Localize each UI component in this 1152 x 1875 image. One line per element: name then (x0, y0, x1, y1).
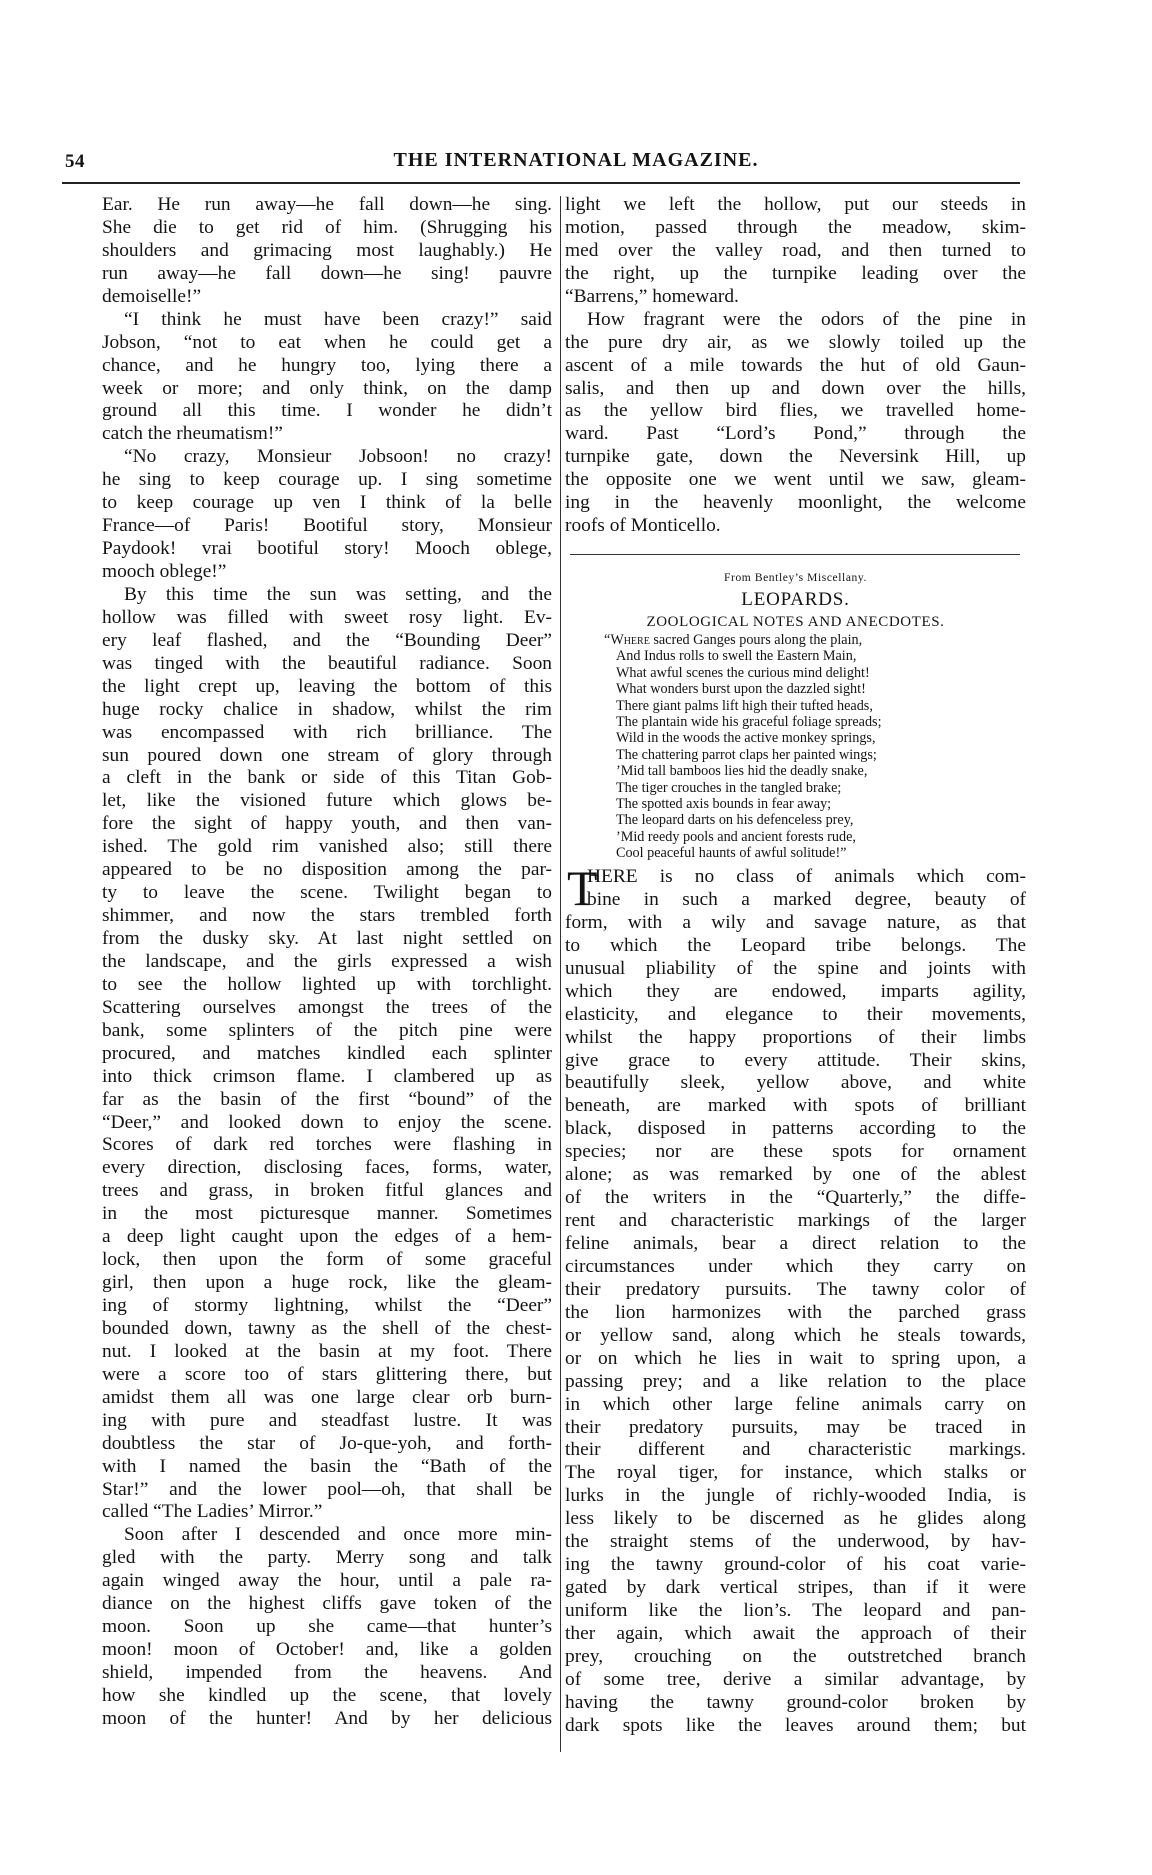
text-line: to keep courage up ven I think of la bel… (102, 492, 552, 515)
article-text-line: the lion harmonizes with the parched gra… (565, 1302, 1026, 1325)
article-text-line: unusual pliability of the spine and join… (565, 958, 1026, 981)
text-line: Scores of dark red torches were flashing… (102, 1134, 552, 1157)
article-text-line: passing prey; and a like relation to the… (565, 1371, 1026, 1394)
text-line: how she kindled up the scene, that lovel… (102, 1685, 552, 1708)
article-text-line: species; nor are these spots for ornamen… (565, 1141, 1026, 1164)
text-line: bank, some splinters of the pitch pine w… (102, 1020, 552, 1043)
article-text-line: alone; as was remarked by one of the abl… (565, 1164, 1026, 1187)
text-line: fore the sight of happy youth, and then … (102, 813, 552, 836)
text-line: run away—he fall down—he sing! pauvre (102, 263, 552, 286)
poem-line: ’Mid reedy pools and ancient forests rud… (604, 829, 882, 845)
text-line: shimmer, and now the stars trembled fort… (102, 905, 552, 928)
text-line: ground all this time. I wonder he didn’t (102, 400, 552, 423)
article-text-line: less likely to be discerned as he glides… (565, 1508, 1026, 1531)
text-line: to see the hollow lighted up with torchl… (102, 974, 552, 997)
article-text-line: form, with a wily and savage nature, as … (565, 912, 1026, 935)
text-line: How fragrant were the odors of the pine … (565, 309, 1026, 332)
text-line: “Barrens,” homeward. (565, 286, 1026, 309)
section-rule (570, 554, 1020, 555)
article-text-line: HERE is no class of animals which com- (565, 866, 1026, 889)
article-text-line: which they are endowed, imparts agility, (565, 981, 1026, 1004)
article-title: LEOPARDS. (565, 589, 1026, 611)
poem-line: And Indus rolls to swell the Eastern Mai… (604, 648, 882, 664)
text-line: salis, and then up and down over the hil… (565, 378, 1026, 401)
text-line: bounded down, tawny as the shell of the … (102, 1318, 552, 1341)
text-line: hollow was filled with sweet rosy light.… (102, 607, 552, 630)
text-line: huge rocky chalice in shadow, whilst the… (102, 699, 552, 722)
article-text-line: bine in such a marked degree, beauty of (565, 889, 1026, 912)
text-line: roofs of Monticello. (565, 515, 1026, 538)
text-line: appeared to be no disposition among the … (102, 859, 552, 882)
text-line: diance on the highest cliffs gave token … (102, 1593, 552, 1616)
text-line: he sing to keep courage up. I sing somet… (102, 469, 552, 492)
article-text-line: beneath, are marked with spots of brilli… (565, 1095, 1026, 1118)
article-text-line: circumstances under which they carry on (565, 1256, 1026, 1279)
text-line: ery leaf flashed, and the “Bounding Deer… (102, 630, 552, 653)
text-line: sun poured down one stream of glory thro… (102, 745, 552, 768)
running-title: THE INTERNATIONAL MAGAZINE. (0, 149, 1152, 172)
poem-line: The leopard darts on his defenceless pre… (604, 812, 882, 828)
article-text-line: feline animals, bear a direct relation t… (565, 1233, 1026, 1256)
article-text-line: or yellow sand, along which he steals to… (565, 1325, 1026, 1348)
text-line: light we left the hollow, put our steeds… (565, 194, 1026, 217)
article-text-line: of some tree, derive a similar advantage… (565, 1669, 1026, 1692)
text-line: mooch oblege!” (102, 561, 552, 584)
article-text-line: their predatory pursuits. The tawny colo… (565, 1279, 1026, 1302)
text-line: Scattering ourselves amongst the trees o… (102, 997, 552, 1020)
text-line: France—of Paris! Bootiful story, Monsieu… (102, 515, 552, 538)
text-line: “No crazy, Monsieur Jobsoon! no crazy! (102, 446, 552, 469)
text-line: was tinged with the beautiful radiance. … (102, 653, 552, 676)
text-line: moon. Soon up she came—that hunter’s (102, 1616, 552, 1639)
article-body: HERE is no class of animals which com-bi… (565, 866, 1026, 1738)
text-line: Jobson, “not to eat when he could get a (102, 332, 552, 355)
article-text-line: dark spots like the leaves around them; … (565, 1715, 1026, 1738)
text-line: procured, and matches kindled each splin… (102, 1043, 552, 1066)
poem-line: Cool peaceful haunts of awful solitude!” (604, 845, 882, 861)
article-text-line: of the writers in the “Quarterly,” the d… (565, 1187, 1026, 1210)
article-text-line: black, disposed in patterns according to… (565, 1118, 1026, 1141)
text-line: demoiselle!” (102, 286, 552, 309)
text-line: as the yellow bird flies, we travelled h… (565, 400, 1026, 423)
text-line: gled with the party. Merry song and talk (102, 1547, 552, 1570)
text-line: girl, then upon a huge rock, like the gl… (102, 1272, 552, 1295)
poem-line: The tiger crouches in the tangled brake; (604, 780, 882, 796)
text-line: Paydook! vrai bootiful story! Mooch oble… (102, 538, 552, 561)
article-text-line: prey, crouching on the outstretched bran… (565, 1646, 1026, 1669)
text-line: shoulders and grimacing most laughably.)… (102, 240, 552, 263)
text-line: moon! moon of October! and, like a golde… (102, 1639, 552, 1662)
poem-first-word: Where (610, 632, 650, 648)
text-line: amidst them all was one large clear orb … (102, 1387, 552, 1410)
poem-line: The chattering parrot claps her painted … (604, 747, 882, 763)
text-line: chance, and he hungry too, lying there a (102, 355, 552, 378)
text-line: doubtless the star of Jo-que-yoh, and fo… (102, 1433, 552, 1456)
article-text-line: uniform like the lion’s. The leopard and… (565, 1600, 1026, 1623)
left-column: Ear. He run away—he fall down—he sing.Sh… (102, 194, 552, 1731)
text-line: lock, then upon the form of some gracefu… (102, 1249, 552, 1272)
article-subtitle: ZOOLOGICAL NOTES AND ANECDOTES. (565, 614, 1026, 631)
text-line: nut. I looked at the basin at my foot. T… (102, 1341, 552, 1364)
article-text-line: elasticity, and elegance to their moveme… (565, 1004, 1026, 1027)
article-text-line: having the tawny ground-color broken by (565, 1692, 1026, 1715)
text-line: the right, up the turnpike leading over … (565, 263, 1026, 286)
text-line: far as the basin of the first “bound” of… (102, 1089, 552, 1112)
poem-line: There giant palms lift high their tufted… (604, 698, 882, 714)
text-line: ascent of a mile towards the hut of old … (565, 355, 1026, 378)
text-line: was encompassed with rich brilliance. Th… (102, 722, 552, 745)
text-line: every direction, disclosing faces, forms… (102, 1157, 552, 1180)
text-line: Star!” and the lower pool—oh, that shall… (102, 1479, 552, 1502)
article-text-line: give grace to every attitude. Their skin… (565, 1050, 1026, 1073)
article-text-line: their predatory pursuits, may be traced … (565, 1417, 1026, 1440)
article-text-line: or on which he lies in wait to spring up… (565, 1348, 1026, 1371)
text-line: By this time the sun was setting, and th… (102, 584, 552, 607)
poem-line: “Where sacred Ganges pours along the pla… (604, 632, 882, 648)
text-line: in the most picturesque manner. Sometime… (102, 1203, 552, 1226)
poem-line: The plantain wide his graceful foliage s… (604, 714, 882, 730)
text-line: moon of the hunter! And by her delicious (102, 1708, 552, 1731)
text-line: a deep light caught upon the edges of a … (102, 1226, 552, 1249)
article-text-line: in which other large feline animals carr… (565, 1394, 1026, 1417)
text-line: let, like the visioned future which glow… (102, 790, 552, 813)
text-line: motion, passed through the meadow, skim- (565, 217, 1026, 240)
right-column-continuation: light we left the hollow, put our steeds… (565, 194, 1026, 538)
text-line: catch the rheumatism!” (102, 423, 552, 446)
poem-line: What wonders burst upon the dazzled sigh… (604, 681, 882, 697)
article-text-line: rent and characteristic markings of the … (565, 1210, 1026, 1233)
text-line: ing with pure and steadfast lustre. It w… (102, 1410, 552, 1433)
poem-line: The spotted axis bounds in fear away; (604, 796, 882, 812)
text-line: “I think he must have been crazy!” said (102, 309, 552, 332)
text-line: week or more; and only think, on the dam… (102, 378, 552, 401)
text-line: trees and grass, in broken fitful glance… (102, 1180, 552, 1203)
text-line: ty to leave the scene. Twilight began to (102, 882, 552, 905)
text-line: a cleft in the bank or side of this Tita… (102, 767, 552, 790)
article-text-line: ther again, which await the approach of … (565, 1623, 1026, 1646)
article-text-line: to which the Leopard tribe belongs. The (565, 935, 1026, 958)
article-text-line: the straight stems of the underwood, by … (565, 1531, 1026, 1554)
text-line: from the dusky sky. At last night settle… (102, 928, 552, 951)
poem-line: ’Mid tall bamboos lies hid the deadly sn… (604, 763, 882, 779)
poem-line-text: sacred Ganges pours along the plain, (650, 632, 862, 648)
article-text-line: their different and characteristic marki… (565, 1439, 1026, 1462)
article-text-line: lurks in the jungle of richly-wooded Ind… (565, 1485, 1026, 1508)
text-line: Ear. He run away—he fall down—he sing. (102, 194, 552, 217)
column-divider (560, 196, 561, 1752)
text-line: the pure dry air, as we slowly toiled up… (565, 332, 1026, 355)
text-line: She die to get rid of him. (Shrugging hi… (102, 217, 552, 240)
text-line: med over the valley road, and then turne… (565, 240, 1026, 263)
text-line: with I named the basin the “Bath of the (102, 1456, 552, 1479)
text-line: the landscape, and the girls expressed a… (102, 951, 552, 974)
text-line: “Deer,” and looked down to enjoy the sce… (102, 1112, 552, 1135)
article-text-line: The royal tiger, for instance, which sta… (565, 1462, 1026, 1485)
text-line: the light crept up, leaving the bottom o… (102, 676, 552, 699)
text-line: called “The Ladies’ Mirror.” (102, 1501, 552, 1524)
text-line: ward. Past “Lord’s Pond,” through the (565, 423, 1026, 446)
header-rule (62, 182, 1020, 184)
text-line: the opposite one we went until we saw, g… (565, 469, 1026, 492)
text-line: into thick crimson flame. I clambered up… (102, 1066, 552, 1089)
article-text-line: beautifully sleek, yellow above, and whi… (565, 1072, 1026, 1095)
article-source: From Bentley’s Miscellany. (565, 572, 1026, 584)
article-text-line: whilst the happy proportions of their li… (565, 1027, 1026, 1050)
text-line: shield, impended from the heavens. And (102, 1662, 552, 1685)
text-line: ished. The gold rim vanished also; still… (102, 836, 552, 859)
text-line: again winged away the hour, until a pale… (102, 1570, 552, 1593)
text-line: Soon after I descended and once more min… (102, 1524, 552, 1547)
poem-line: What awful scenes the curious mind delig… (604, 665, 882, 681)
text-line: were a score too of stars glittering the… (102, 1364, 552, 1387)
text-line: ing in the heavenly moonlight, the welco… (565, 492, 1026, 515)
text-line: turnpike gate, down the Neversink Hill, … (565, 446, 1026, 469)
poem-line: Wild in the woods the active monkey spri… (604, 730, 882, 746)
article-text-line: ing the tawny ground-color of his coat v… (565, 1554, 1026, 1577)
text-line: ing of stormy lightning, whilst the “Dee… (102, 1295, 552, 1318)
epigraph-poem: “Where sacred Ganges pours along the pla… (604, 632, 882, 862)
article-text-line: gated by dark vertical stripes, than if … (565, 1577, 1026, 1600)
